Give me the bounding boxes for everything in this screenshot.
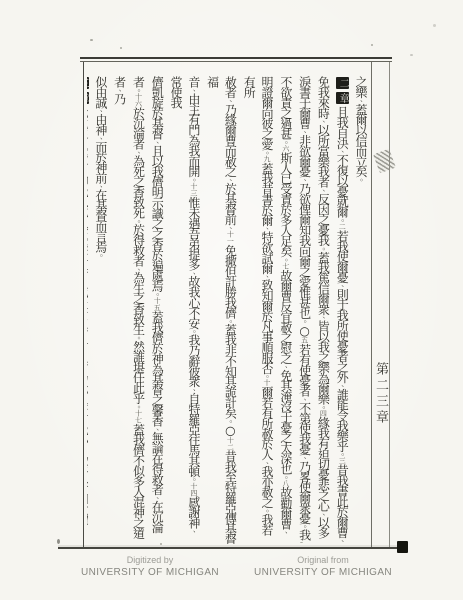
punctuation-mark: 、 xyxy=(301,454,310,460)
punctuation-mark: 、 xyxy=(357,97,366,103)
text-column-6: 明證爾向彼之愛。九蓋我昔書於爾、特欲試爾、致知爾於凡事順服否。十爾若有所赦於人、… xyxy=(239,76,276,544)
margin-label-strip: 第二三章 xyxy=(371,62,389,547)
digitized-by-block: Digitized by UNIVERSITY OF MICHIGAN xyxy=(55,554,245,579)
scan-speck xyxy=(57,539,60,544)
punctuation-mark: 、 xyxy=(226,97,235,103)
digitized-by-org: UNIVERSITY OF MICHIGAN xyxy=(55,566,245,579)
punctuation-mark: 、 xyxy=(263,459,272,465)
frame-bottom-rule xyxy=(58,547,407,549)
verse-number: 九 xyxy=(263,155,271,162)
punctuation-mark: 、 xyxy=(319,314,328,320)
text-column-5: 不欲責之過甚。六斯人已受責於多人足矣。七故爾曹反宜赦之慰之、免其淹沒于憂之太深也… xyxy=(276,76,295,544)
verse-number: 二 xyxy=(338,223,346,230)
punctuation-mark: 、 xyxy=(190,86,199,92)
chapter-header-box: 二 xyxy=(336,77,349,89)
digitized-by-label: Digitized by xyxy=(55,554,245,566)
text-block: 之樂、蓋爾以信而立矣。二章且我自決、不復以憂就爾。二若我使爾憂、則于我所使憂者之… xyxy=(87,76,370,544)
text-column-3: 免我來時、以所當樂我者、反因之憂我。蓋我篤信爾衆、皆以我之樂為爾樂。四緣我有迫切… xyxy=(314,76,333,544)
verse-number: 十 xyxy=(263,379,271,386)
punctuation-mark: 。 xyxy=(301,318,310,324)
corner-ink-blob xyxy=(397,541,408,553)
punctuation-mark: 。 xyxy=(226,317,235,323)
text-column-4: 淚書于爾曹、非欲爾憂、乃欲俾爾知我向爾之愛惟甚也。○五若有使憂者、不第使我憂、乃… xyxy=(295,76,314,544)
punctuation-mark: 、 xyxy=(190,527,199,533)
punctuation-mark: 、 xyxy=(116,86,125,92)
scan-speck xyxy=(90,39,93,41)
verse-number: 十五 xyxy=(153,297,161,311)
punctuation-mark: 、 xyxy=(97,182,106,188)
chapter-header-box: 章 xyxy=(87,92,89,104)
punctuation-mark: 、 xyxy=(301,176,310,182)
text-column-10: 者。十六於沉淪者、為死之香致死。於得救者、為生之香致生。然誰堪任此乎。十七蓋我儕… xyxy=(110,76,148,544)
verse-number: 六 xyxy=(282,145,290,152)
punctuation-mark: 。 xyxy=(190,328,199,334)
text-column-8: 音、由主有門為我而開。十三惟未遇吾弟提多、故我心不安。我乃辭彼衆、自特羅亞往馬其… xyxy=(166,76,203,544)
punctuation-mark: 、 xyxy=(134,148,143,154)
punctuation-mark: 、 xyxy=(319,118,328,124)
punctuation-mark: 、 xyxy=(338,282,347,288)
verse-number: 十二 xyxy=(226,436,234,450)
punctuation-mark: 、 xyxy=(153,494,162,500)
original-from-org: UNIVERSITY OF MICHIGAN xyxy=(228,566,418,579)
verse-number: 七 xyxy=(282,262,290,269)
scan-speck xyxy=(410,54,413,56)
verse-number: 三 xyxy=(338,457,346,464)
punctuation-mark: 。 xyxy=(97,251,106,257)
verse-number: 五 xyxy=(301,336,309,343)
text-column-2: 二章且我自決、不復以憂就爾。二若我使爾憂、則于我所使憂者之外、誰能令我樂乎。三昔… xyxy=(332,76,351,544)
frame-top-rule xyxy=(80,57,392,59)
punctuation-mark: 、 xyxy=(97,107,106,113)
verse-number: 十三 xyxy=(190,182,198,196)
punctuation-mark: 、 xyxy=(338,148,347,154)
punctuation-mark: 。 xyxy=(319,245,328,251)
punctuation-mark: 、 xyxy=(301,128,310,134)
punctuation-mark: 、 xyxy=(134,265,143,271)
punctuation-mark: 、 xyxy=(97,134,106,140)
scan-speck xyxy=(433,24,436,27)
punctuation-mark: 。 xyxy=(134,217,143,223)
punctuation-mark: 、 xyxy=(153,138,162,144)
verse-number: 十四 xyxy=(190,482,198,496)
punctuation-mark: 、 xyxy=(301,395,310,401)
chapter-margin-label: 第二三章 xyxy=(373,362,388,426)
punctuation-mark: 、 xyxy=(282,528,291,534)
punctuation-mark: 、 xyxy=(263,273,272,279)
punctuation-mark: 、 xyxy=(263,225,272,231)
punctuation-mark: 、 xyxy=(338,537,347,543)
chapter-header-box: 章 xyxy=(336,92,349,104)
punctuation-mark: 。 xyxy=(263,507,272,513)
punctuation-mark: 。 xyxy=(357,176,366,182)
punctuation-mark: 、 xyxy=(190,386,199,392)
scan-speck xyxy=(371,44,373,46)
chapter-header-box: 三 xyxy=(87,77,89,89)
verse-number: 十六 xyxy=(134,93,142,107)
punctuation-mark: 、 xyxy=(319,510,328,516)
verse-number: 四 xyxy=(319,410,327,417)
punctuation-mark: 、 xyxy=(190,269,199,275)
text-column-12: 三章我豈復自薦乎。抑我似他人需薦書於爾、或存書由爾乎。二爾乃我之書於我心、為衆人… xyxy=(87,76,91,544)
scan-speck xyxy=(120,47,122,49)
punctuation-mark: 、 xyxy=(226,176,235,182)
punctuation-mark: 、 xyxy=(282,363,291,369)
punctuation-mark: 。 xyxy=(134,334,143,340)
punctuation-mark: 。 xyxy=(226,417,235,423)
scanned-book-page: 之樂、蓋爾以信而立矣。二章且我自決、不復以憂就爾。二若我使爾憂、則于我所使憂者之… xyxy=(0,0,463,600)
text-column-7: 赦者、乃緣爾曹而赦之、於基督前、十一免撒但計勝我儕。蓋我非不知其詭計矣。○十二昔… xyxy=(203,76,240,544)
text-column-1: 之樂、蓋爾以信而立矣。 xyxy=(351,76,370,544)
original-from-label: Original from xyxy=(228,554,418,566)
punctuation-mark: 、 xyxy=(338,382,347,388)
original-from-block: Original from UNIVERSITY OF MICHIGAN xyxy=(228,554,418,579)
punctuation-mark: 、 xyxy=(319,186,328,192)
page-frame: 之樂、蓋爾以信而立矣。二章且我自決、不復以憂就爾。二若我使爾憂、則于我所使憂者之… xyxy=(83,62,390,547)
punctuation-mark: 、 xyxy=(153,425,162,431)
verse-number: 十一 xyxy=(226,230,234,244)
verse-number: 八 xyxy=(282,480,290,487)
text-column-11: 似由誠、由神、而於神前、在基督而言焉。 xyxy=(91,76,110,544)
text-column-9: 儕凱旋於基督、且以我儕明示識之之香於遍處焉。十五蓋我儕於神為基督之馨香、無論在得… xyxy=(147,76,166,544)
verse-number: 十七 xyxy=(134,409,142,423)
punctuation-mark: 。 xyxy=(301,523,310,529)
